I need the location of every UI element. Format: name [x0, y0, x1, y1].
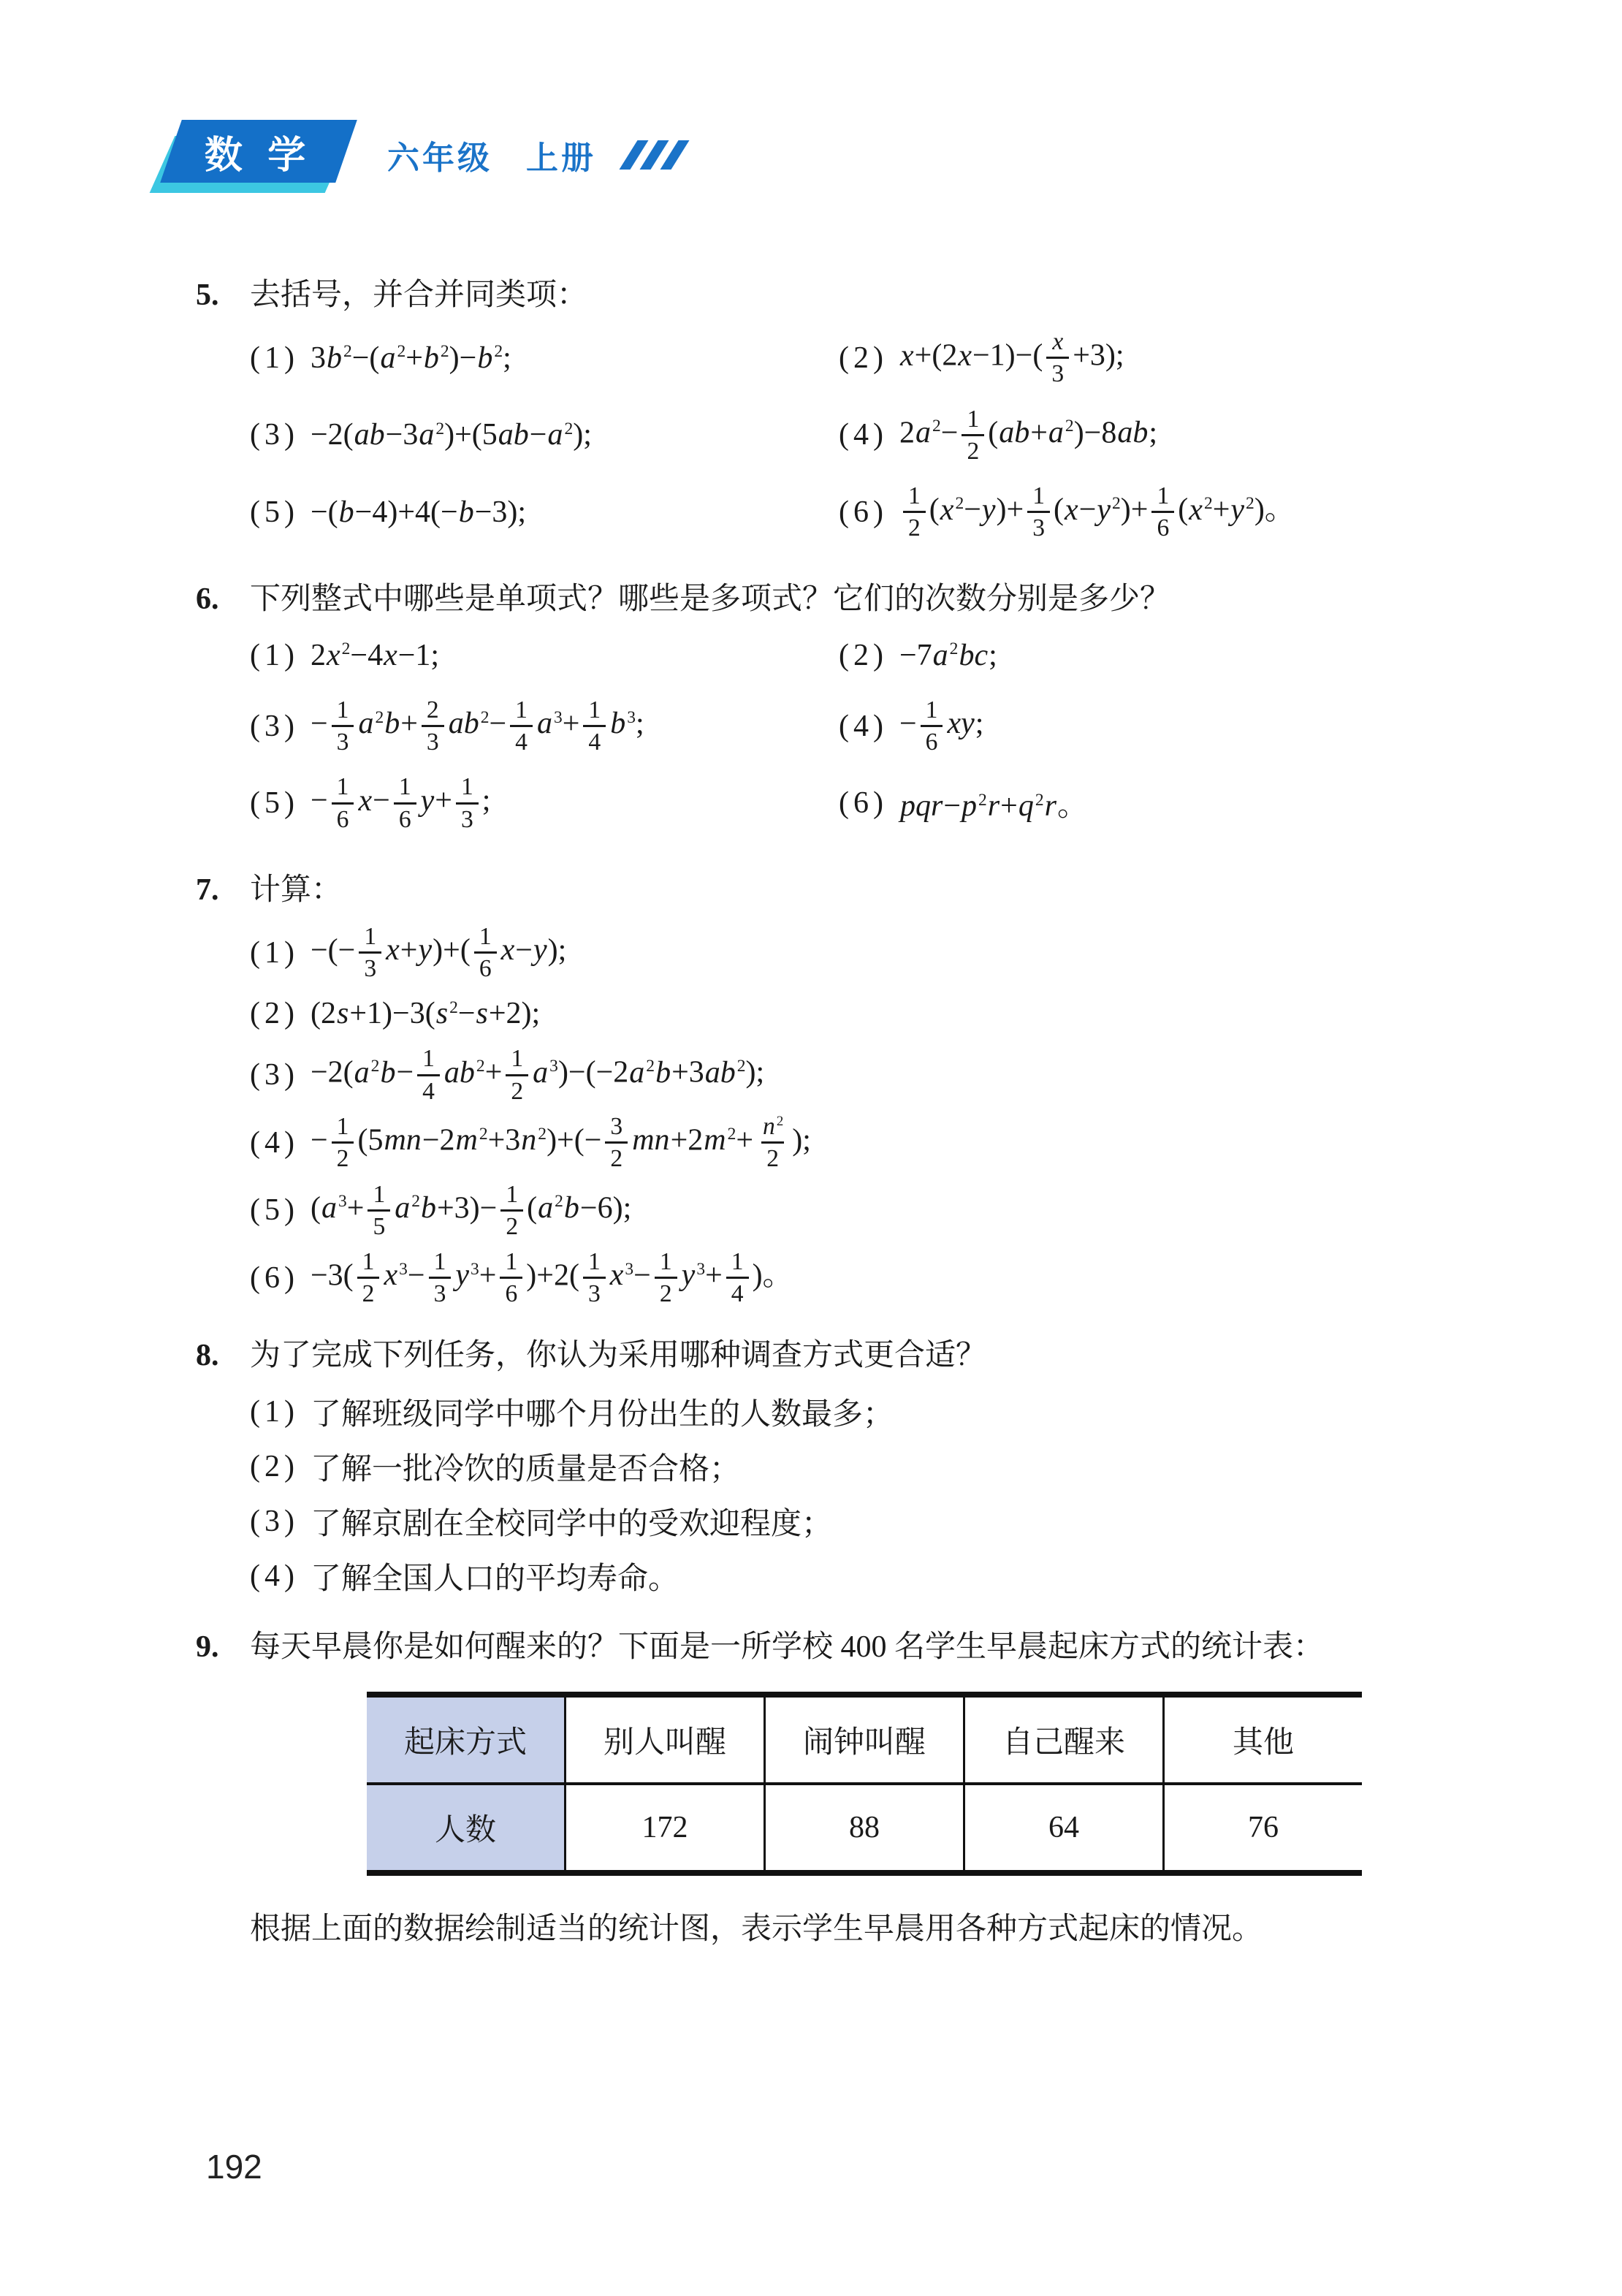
item-label: (3)	[250, 1057, 299, 1092]
item-label: (6)	[839, 495, 888, 530]
problem-title: 每天早晨你是如何醒来的？下面是一所学校 400 名学生早晨起床方式的统计表：	[250, 1624, 1504, 1671]
exponent: 2	[481, 708, 490, 727]
formula: 了解京剧在全校同学中的受欢迎程度；	[311, 1499, 832, 1543]
math-variable: b	[476, 341, 493, 375]
fraction-denominator: 2	[500, 1209, 523, 1239]
textbook-page: 数 学 六年级 上册 5.去括号，并合并同类项：(1)3b2−(a2+b2)−b…	[0, 0, 1622, 2296]
problem-item: (4)了解全国人口的平均寿命。	[250, 1554, 1504, 1599]
math-variable: ab	[998, 416, 1030, 449]
table-column-header: 闹钟叫醒	[765, 1695, 964, 1784]
math-variable: y	[681, 1258, 696, 1292]
fraction-denominator: 2	[506, 1074, 528, 1104]
fraction-numerator: 1	[417, 1046, 440, 1073]
fraction: 14	[583, 697, 606, 756]
table-data-row: 人数172886476	[367, 1784, 1362, 1873]
problem-number: 6.	[196, 576, 250, 623]
fraction-numerator: 1	[368, 1182, 390, 1209]
math-variable: s	[336, 997, 349, 1030]
fraction-numerator: 1	[962, 406, 984, 434]
item-label: (1)	[250, 341, 299, 376]
table-column-header: 自己醒来	[964, 1695, 1164, 1784]
math-variable: a	[357, 707, 374, 740]
fraction: 12	[655, 1249, 677, 1307]
problem-heading: 8.为了完成下列任务，你认为采用哪种调查方式更合适？	[196, 1332, 1504, 1380]
fraction-denominator: 6	[474, 951, 497, 981]
item-label: (6)	[250, 1261, 299, 1296]
problem-item: (6)12(x2−y)+13(x−y2)+16(x2+y2)。	[839, 483, 1504, 541]
problem-item: (3)了解京剧在全校同学中的受欢迎程度；	[250, 1499, 1504, 1544]
problem-items: (1)3b2−(a2+b2)−b2;(2)x+(2x−1)−(x3+3);(3)…	[250, 319, 1504, 551]
item-label: (4)	[250, 1559, 299, 1594]
fraction-denominator: 3	[422, 725, 444, 755]
exponent: 3	[625, 1260, 633, 1279]
formula: −2(ab−3a2)+(5ab−a2);	[311, 417, 592, 452]
problem-item: (5)−16x−16y+13;	[250, 774, 839, 832]
problem-item: (6)−3(12x3−13y3+16)+2(13x3−12y3+14)。	[250, 1249, 1504, 1307]
formula: −7a2bc;	[899, 638, 997, 673]
fraction: 13	[429, 1249, 452, 1307]
fraction-denominator: 6	[394, 802, 416, 832]
math-variable: y	[981, 493, 997, 527]
problem-item: (2)−7a2bc;	[839, 633, 1504, 678]
table-corner-cell: 起床方式	[367, 1695, 566, 1784]
exponent: 2	[555, 1192, 563, 1211]
item-label: (3)	[250, 1504, 299, 1539]
math-variable: ab	[354, 418, 386, 452]
fraction: x3	[1046, 329, 1069, 387]
exponent: 2	[737, 1057, 746, 1076]
fraction: 14	[726, 1249, 749, 1307]
item-label: (2)	[250, 1449, 299, 1484]
exponent: 3	[399, 1260, 408, 1279]
exponent: 2	[564, 419, 573, 438]
exponent: 2	[397, 342, 405, 361]
fraction-denominator: 2	[962, 434, 984, 464]
item-label: (1)	[250, 638, 299, 673]
fraction-denominator: 2	[357, 1277, 380, 1307]
item-label: (5)	[250, 495, 299, 530]
fraction-denominator: 2	[903, 511, 926, 541]
formula: (a3+15a2b+3)−12(a2b−6);	[311, 1182, 631, 1240]
grade-label: 六年级	[387, 132, 492, 178]
exponent: 2	[435, 419, 444, 438]
math-variable: a	[379, 341, 396, 375]
fraction: 16	[921, 697, 943, 756]
fraction-numerator: 1	[921, 697, 943, 725]
fraction-numerator: x	[1046, 329, 1069, 357]
item-label: (5)	[250, 786, 299, 821]
math-variable: b	[379, 1056, 396, 1090]
problem-item: (2)了解一批冷饮的质量是否合格；	[250, 1444, 1504, 1489]
fraction-denominator: 3	[429, 1277, 452, 1307]
item-label: (4)	[250, 1125, 299, 1160]
math-variable: x	[899, 339, 915, 373]
problem-items: (1)2x2−4x−1;(2)−7a2bc;(3)−13a2b+23ab2−14…	[250, 623, 1504, 842]
math-variable: x	[940, 493, 955, 527]
exponent: 2	[1065, 417, 1074, 436]
math-variable: y	[1230, 493, 1245, 527]
math-variable: x	[385, 933, 400, 967]
formula: −2(a2b−14ab2+12a3)−(−2a2b+3ab2);	[311, 1046, 764, 1104]
math-variable: b	[326, 341, 343, 375]
statistics-table: 起床方式别人叫醒闹钟叫醒自己醒来其他人数172886476	[367, 1692, 1362, 1876]
math-variable: r	[1044, 789, 1057, 823]
exponent: 2	[411, 1192, 420, 1211]
math-variable: a	[628, 1056, 645, 1090]
fraction-numerator: 1	[357, 1249, 380, 1277]
math-variable: mn	[383, 1123, 422, 1157]
triple-slash-icon	[628, 139, 690, 171]
fraction-denominator: 2	[332, 1141, 354, 1171]
math-variable: b	[384, 707, 400, 740]
exponent: 2	[1204, 494, 1213, 513]
math-variable: a	[932, 639, 949, 672]
problem-title: 去括号，并合并同类项：	[250, 272, 1504, 319]
exponent: 2	[476, 1057, 485, 1076]
math-variable: xy	[946, 707, 975, 740]
fraction-numerator: 1	[332, 774, 354, 802]
exponent: 2	[371, 1057, 380, 1076]
fraction: 12	[506, 1046, 528, 1104]
math-variable: b	[338, 495, 355, 529]
fraction: 16	[474, 924, 497, 982]
problem-heading: 5.去括号，并合并同类项：	[196, 272, 1504, 319]
exponent: 2	[978, 791, 987, 810]
page-number: 192	[206, 2147, 262, 2186]
fraction-denominator: 6	[1151, 511, 1174, 541]
fraction-numerator: 1	[726, 1249, 749, 1277]
math-variable: m	[455, 1123, 479, 1157]
fraction: 13	[359, 924, 381, 982]
table-value-cell: 64	[964, 1784, 1164, 1873]
problem-item: (3)−2(a2b−14ab2+12a3)−(−2a2b+3ab2);	[250, 1046, 1504, 1104]
problem-body: (1)−(−13x+y)+(16x−y);(2)(2s+1)−3(s2−s+2)…	[250, 924, 1504, 1307]
exponent: 2	[538, 1125, 547, 1144]
formula: 2a2−12(ab+a2)−8ab;	[899, 406, 1157, 465]
problem-item: (6)pqr−p2r+q2r。	[839, 774, 1504, 832]
problem-5: 5.去括号，并合并同类项：(1)3b2−(a2+b2)−b2;(2)x+(2x−…	[196, 272, 1504, 551]
formula: −(−13x+y)+(16x−y);	[311, 924, 566, 982]
math-variable: ab	[443, 1056, 476, 1090]
math-variable: b	[655, 1056, 671, 1090]
problem-body: (1)了解班级同学中哪个月份出生的人数最多；(2)了解一批冷饮的质量是否合格；(…	[250, 1389, 1504, 1599]
formula: (2s+1)−3(s2−s+2);	[311, 996, 540, 1031]
exponent: 2	[1112, 494, 1121, 513]
fraction-denominator: 3	[359, 951, 381, 981]
fraction: 12	[903, 483, 926, 541]
fraction-numerator: n2	[757, 1114, 788, 1141]
fraction-numerator: 1	[456, 774, 479, 802]
formula: −3(12x3−13y3+16)+2(13x3−12y3+14)。	[311, 1249, 793, 1307]
fraction-numerator: 1	[429, 1249, 452, 1277]
fraction-denominator: 2	[655, 1277, 677, 1307]
math-variable: x	[1064, 493, 1079, 527]
exponent: 3	[549, 1057, 558, 1076]
math-variable: x	[1051, 328, 1064, 355]
formula: x+(2x−1)−(x3+3);	[899, 329, 1124, 387]
fraction: 12	[962, 406, 984, 465]
math-variable: ab	[448, 707, 480, 740]
fraction-numerator: 1	[510, 697, 533, 725]
math-variable: x	[383, 1258, 398, 1292]
math-variable: x	[383, 639, 398, 672]
fraction-numerator: 1	[506, 1046, 528, 1073]
math-variable: r	[987, 789, 1000, 823]
exponent: 2	[646, 1057, 655, 1076]
fraction-numerator: 1	[500, 1182, 523, 1209]
problem-number: 8.	[196, 1332, 250, 1380]
problem-list: 5.去括号，并合并同类项：(1)3b2−(a2+b2)−b2;(2)x+(2x−…	[196, 272, 1504, 1985]
problem-item: (1)了解班级同学中哪个月份出生的人数最多；	[250, 1389, 1504, 1434]
page-header: 数 学 六年级 上册	[167, 111, 690, 199]
fraction: 15	[368, 1182, 390, 1240]
math-variable: a	[1048, 416, 1065, 449]
fraction: 14	[417, 1046, 440, 1104]
problem-item: (1)2x2−4x−1;	[250, 633, 839, 678]
item-label: (2)	[839, 341, 888, 376]
item-label: (1)	[250, 1394, 299, 1429]
fraction-denominator: 4	[417, 1074, 440, 1104]
math-variable: x	[326, 639, 341, 672]
table-caption: 根据上面的数据绘制适当的统计图，表示学生早晨用各种方式起床的情况。	[250, 1905, 1504, 1954]
fraction: 13	[1027, 483, 1050, 541]
problem-item: (5)(a3+15a2b+3)−12(a2b−6);	[250, 1182, 1504, 1240]
problem-number: 9.	[196, 1624, 250, 1671]
item-label: (5)	[250, 1193, 299, 1228]
fraction-denominator: 3	[1046, 357, 1069, 387]
math-variable: y	[533, 933, 548, 967]
fraction: 13	[583, 1249, 606, 1307]
fraction-denominator: 3	[1027, 511, 1050, 541]
problem-body: (1)3b2−(a2+b2)−b2;(2)x+(2x−1)−(x3+3);(3)…	[250, 319, 1504, 551]
item-label: (1)	[250, 935, 299, 970]
exponent: 2	[955, 494, 964, 513]
math-variable: b	[420, 1191, 437, 1225]
item-label: (4)	[839, 417, 888, 452]
math-variable: bc	[958, 639, 989, 672]
item-label: (2)	[839, 638, 888, 673]
fraction: 16	[332, 774, 354, 832]
fraction-denominator: 3	[332, 725, 354, 755]
math-variable: x	[609, 1258, 625, 1292]
math-variable: a	[418, 418, 435, 452]
fraction-numerator: 1	[500, 1249, 522, 1277]
problem-item: (3)−2(ab−3a2)+(5ab−a2);	[250, 406, 839, 465]
problem-9: 9.每天早晨你是如何醒来的？下面是一所学校 400 名学生早晨起床方式的统计表：…	[196, 1624, 1504, 1954]
math-variable: s	[435, 997, 449, 1030]
fraction-denominator: 4	[726, 1277, 749, 1307]
fraction-denominator: 5	[368, 1209, 390, 1239]
subject-label: 数 学	[205, 124, 313, 179]
fraction: 14	[510, 697, 533, 756]
problem-item: (5)−(b−4)+4(−b−3);	[250, 483, 839, 541]
problem-number: 5.	[196, 272, 250, 319]
fraction-numerator: 3	[605, 1114, 628, 1141]
item-label: (3)	[250, 417, 299, 452]
math-variable: y	[417, 933, 433, 967]
math-variable: x	[357, 784, 373, 818]
subject-badge: 数 学	[167, 120, 351, 190]
math-variable: x	[1188, 493, 1203, 527]
fraction-numerator: 1	[1027, 483, 1050, 511]
math-variable: a	[394, 1191, 411, 1225]
item-label: (4)	[839, 709, 888, 744]
fraction-numerator: 1	[1151, 483, 1174, 511]
problem-title: 计算：	[250, 867, 1504, 914]
formula: pqr−p2r+q2r。	[899, 781, 1088, 825]
problem-number: 7.	[196, 867, 250, 914]
math-variable: n	[762, 1113, 776, 1140]
fraction-denominator: 6	[921, 725, 943, 755]
exponent: 2	[950, 639, 959, 658]
problem-item: (2)x+(2x−1)−(x3+3);	[839, 329, 1504, 387]
volume-label: 上册	[526, 132, 596, 178]
problem-7: 7.计算：(1)−(−13x+y)+(16x−y);(2)(2s+1)−3(s2…	[196, 867, 1504, 1307]
exponent: 2	[1246, 494, 1254, 513]
problem-items: (1)−(−13x+y)+(16x−y);(2)(2s+1)−3(s2−s+2)…	[250, 924, 1504, 1307]
math-variable: ab	[1116, 416, 1149, 449]
formula: −(b−4)+4(−b−3);	[311, 495, 526, 530]
fraction: 12	[500, 1182, 523, 1240]
math-variable: p	[961, 789, 978, 823]
exponent: 2	[479, 1125, 488, 1144]
problem-body: (1)2x2−4x−1;(2)−7a2bc;(3)−13a2b+23ab2−14…	[250, 623, 1504, 842]
badge-plate: 数 学	[160, 120, 357, 183]
fraction: 13	[332, 697, 354, 756]
problem-items: (1)了解班级同学中哪个月份出生的人数最多；(2)了解一批冷饮的质量是否合格；(…	[250, 1389, 1504, 1599]
fraction: 16	[394, 774, 416, 832]
fraction-numerator: 1	[474, 924, 497, 951]
fraction-denominator: 4	[583, 725, 606, 755]
fraction: n22	[757, 1114, 788, 1172]
problem-item: (2)(2s+1)−3(s2−s+2);	[250, 991, 1504, 1036]
math-variable: a	[915, 416, 932, 449]
problem-heading: 6.下列整式中哪些是单项式？哪些是多项式？它们的次数分别是多少？	[196, 576, 1504, 623]
math-variable: b	[563, 1191, 580, 1225]
fraction-numerator: 1	[359, 924, 381, 951]
fraction-numerator: 2	[422, 697, 444, 725]
item-label: (6)	[839, 786, 888, 821]
fraction-numerator: 1	[903, 483, 926, 511]
math-variable: x	[957, 339, 972, 373]
fraction-denominator: 3	[456, 802, 479, 832]
math-variable: a	[537, 1191, 554, 1225]
table-header-row: 起床方式别人叫醒闹钟叫醒自己醒来其他	[367, 1695, 1362, 1784]
formula: −16x−16y+13;	[311, 774, 490, 832]
exponent: 3	[471, 1260, 479, 1279]
fraction: 12	[332, 1114, 354, 1172]
math-variable: y	[420, 784, 435, 818]
problem-heading: 7.计算：	[196, 867, 1504, 914]
table-row-label: 人数	[367, 1784, 566, 1873]
fraction: 12	[357, 1249, 380, 1307]
math-variable: n	[520, 1123, 537, 1157]
exponent: 2	[728, 1125, 736, 1144]
problem-6: 6.下列整式中哪些是单项式？哪些是多项式？它们的次数分别是多少？(1)2x2−4…	[196, 576, 1504, 842]
problem-heading: 9.每天早晨你是如何醒来的？下面是一所学校 400 名学生早晨起床方式的统计表：	[196, 1624, 1504, 1671]
exponent: 2	[343, 342, 352, 361]
problem-body: 起床方式别人叫醒闹钟叫醒自己醒来其他人数172886476根据上面的数据绘制适当…	[250, 1692, 1504, 1954]
problem-item: (3)−13a2b+23ab2−14a3+14b3;	[250, 697, 839, 756]
exponent: 2	[375, 708, 384, 727]
problem-item: (4)−16xy;	[839, 697, 1504, 756]
fraction-denominator: 6	[500, 1277, 522, 1307]
fraction-numerator: 1	[655, 1249, 677, 1277]
fraction-denominator: 6	[332, 802, 354, 832]
formula: 3b2−(a2+b2)−b2;	[311, 341, 511, 376]
fraction-denominator: 2	[761, 1141, 784, 1171]
problem-item: (4)2a2−12(ab+a2)−8ab;	[839, 406, 1504, 465]
formula: 了解全国人口的平均寿命。	[311, 1554, 679, 1598]
exponent: 3	[696, 1260, 705, 1279]
fraction-numerator: 1	[332, 697, 354, 725]
math-variable: a	[354, 1056, 370, 1090]
math-variable: a	[321, 1191, 338, 1225]
problem-title: 下列整式中哪些是单项式？哪些是多项式？它们的次数分别是多少？	[250, 576, 1504, 623]
fraction-denominator: 4	[510, 725, 533, 755]
math-variable: m	[703, 1123, 726, 1157]
table-column-header: 其他	[1164, 1695, 1363, 1784]
problem-8: 8.为了完成下列任务，你认为采用哪种调查方式更合适？(1)了解班级同学中哪个月份…	[196, 1332, 1504, 1599]
table-value-cell: 172	[566, 1784, 765, 1873]
problem-item: (4)−12(5mn−2m2+3n2)+(−32mn+2m2+n22);	[250, 1114, 1504, 1172]
math-variable: b	[423, 341, 440, 375]
problem-item: (1)3b2−(a2+b2)−b2;	[250, 329, 839, 387]
fraction-denominator: 3	[583, 1277, 606, 1307]
formula: −16xy;	[899, 697, 983, 756]
math-variable: a	[536, 707, 553, 740]
math-variable: mn	[631, 1123, 670, 1157]
item-label: (2)	[250, 996, 299, 1031]
formula: 了解一批冷饮的质量是否合格；	[311, 1445, 740, 1489]
math-variable: ab	[704, 1056, 736, 1090]
math-variable: s	[476, 997, 489, 1030]
exponent: 2	[342, 639, 351, 658]
fraction-numerator: 1	[583, 697, 606, 725]
fraction-numerator: 1	[332, 1114, 354, 1141]
exponent: 2	[1035, 791, 1044, 810]
problem-title: 为了完成下列任务，你认为采用哪种调查方式更合适？	[250, 1332, 1504, 1380]
header-labels: 六年级 上册	[387, 132, 690, 178]
fraction-numerator: 1	[583, 1249, 606, 1277]
exponent: 3	[627, 708, 636, 727]
math-variable: y	[454, 1258, 470, 1292]
math-variable: a	[532, 1056, 549, 1090]
math-variable: b	[458, 495, 475, 529]
fraction: 23	[422, 697, 444, 756]
exponent: 3	[554, 708, 563, 727]
exponent: 3	[338, 1192, 347, 1211]
fraction-denominator: 2	[605, 1141, 628, 1171]
math-variable: b	[609, 707, 626, 740]
fraction-numerator: 1	[394, 774, 416, 802]
formula: 12(x2−y)+13(x−y2)+16(x2+y2)。	[899, 483, 1295, 541]
math-variable: x	[500, 933, 516, 967]
math-variable: q	[1018, 789, 1035, 823]
formula: 了解班级同学中哪个月份出生的人数最多；	[311, 1390, 894, 1434]
fraction: 13	[456, 774, 479, 832]
exponent: 2	[494, 342, 503, 361]
math-variable: y	[1096, 493, 1111, 527]
problem-item: (1)−(−13x+y)+(16x−y);	[250, 924, 1504, 982]
formula: −13a2b+23ab2−14a3+14b3;	[311, 697, 644, 756]
formula: 2x2−4x−1;	[311, 638, 439, 673]
math-variable: a	[547, 418, 563, 452]
fraction: 16	[1151, 483, 1174, 541]
fraction: 32	[605, 1114, 628, 1172]
item-label: (3)	[250, 709, 299, 744]
math-variable: ab	[498, 418, 530, 452]
